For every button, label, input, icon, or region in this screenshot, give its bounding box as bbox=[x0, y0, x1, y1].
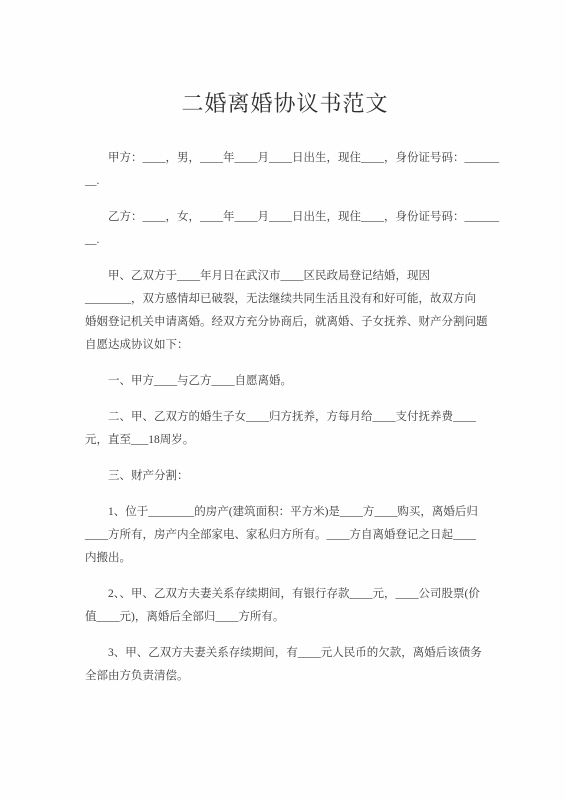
paragraph-clause-3-item-1: 1、位于________的房产(建筑面积：平方米)是____方____购买，离婚… bbox=[85, 501, 485, 570]
paragraph-party-b: 乙方：____，女，____年____月____日出生，现住____，身份证号码… bbox=[85, 206, 485, 252]
paragraph-clause-3-item-2: 2、、甲、乙双方夫妻关系存续期间，有银行存款____元，____公司股票(价 值… bbox=[85, 583, 485, 629]
paragraph-clause-3-heading: 三、财产分割： bbox=[85, 465, 485, 488]
paragraph-preamble: 甲、乙双方于____年月日在武汉市____区民政局登记结婚，现因 _______… bbox=[85, 265, 485, 357]
paragraph-party-a: 甲方：____，男，____年____月____日出生，现住____，身份证号码… bbox=[85, 147, 485, 193]
paragraph-clause-1: 一、甲方____与乙方____自愿离婚。 bbox=[85, 370, 485, 393]
document-page: 二婚离婚协议书范文 甲方：____，男，____年____月____日出生，现住… bbox=[0, 0, 566, 800]
paragraph-clause-2: 二、甲、乙双方的婚生子女____归方抚养，方每月给____支付抚养费____ 元… bbox=[85, 406, 485, 452]
paragraph-clause-3-item-3: 3、甲、乙双方夫妻关系存续期间，有____元人民币的欠款，离婚后该债务 全部由方… bbox=[85, 642, 485, 688]
document-title: 二婚离婚协议书范文 bbox=[85, 90, 485, 118]
